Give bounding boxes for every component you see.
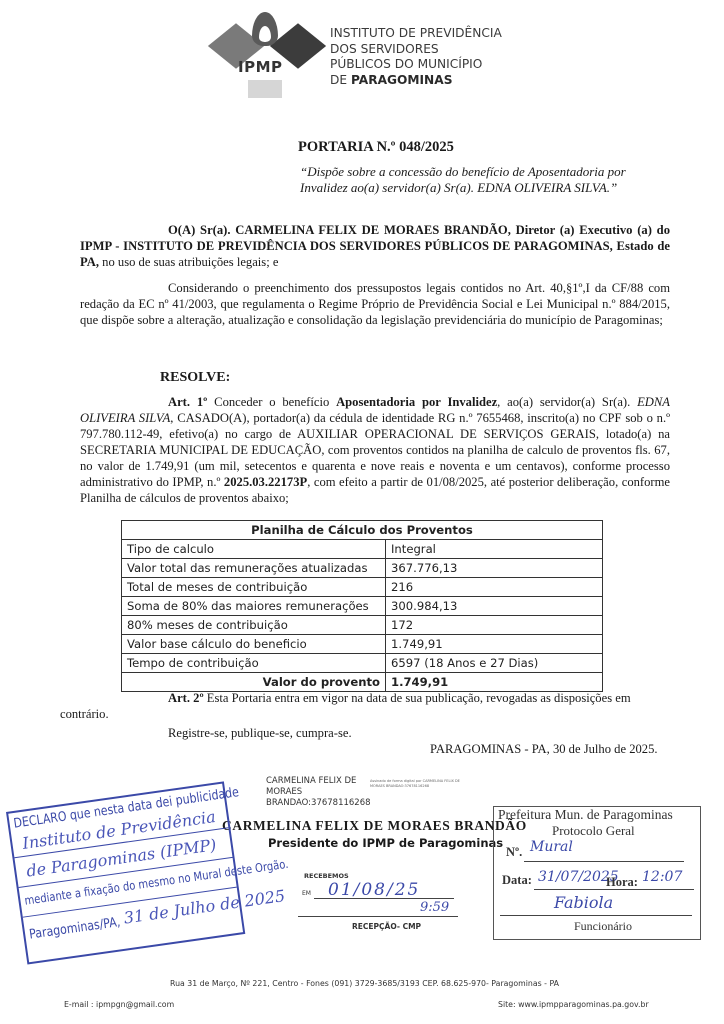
ipmp-logo: IPMP xyxy=(210,10,320,98)
director-paragraph: O(A) Sr(a). CARMELINA FELIX DE MORAES BR… xyxy=(80,222,670,270)
footer-site: Site: www.ipmpparagominas.pa.gov.br xyxy=(498,1000,649,1009)
protocol-stamp: Prefeitura Mun. de Paragominas Protocolo… xyxy=(493,806,701,940)
table-row: Valor total das remunerações atualizadas… xyxy=(122,559,603,578)
resolve-heading: RESOLVE: xyxy=(160,370,230,386)
digital-signature: CARMELINA FELIX DE MORAES BRANDAO:376781… xyxy=(266,776,371,809)
publication-stamp: DECLARO que nesta data dei publicidade I… xyxy=(6,781,245,964)
footer-address: Rua 31 de Março, Nº 221, Centro - Fones … xyxy=(170,979,559,988)
registre-line: Registre-se, publique-se, cumpra-se. xyxy=(168,726,352,741)
signer-role: Presidente do IPMP de Paragominas xyxy=(268,836,503,850)
signer-name: CARMELINA FELIX DE MORAES BRANDÃO xyxy=(222,818,527,834)
calculation-table: Planilha de Cálculo dos Proventos Tipo d… xyxy=(121,520,603,692)
institution-name: INSTITUTO DE PREVIDÊNCIA DOS SERVIDORES … xyxy=(330,26,502,88)
table-title: Planilha de Cálculo dos Proventos xyxy=(122,521,603,540)
receipt-stamp: RECEBEMOS EM 01/08/25 9:59 RECEPÇÃO- CMP xyxy=(298,872,478,934)
table-row: Soma de 80% das maiores remunerações300.… xyxy=(122,597,603,616)
footer-email: E-mail : ipmpgn@gmail.com xyxy=(64,1000,174,1009)
table-row: Total de meses de contribuição216 xyxy=(122,578,603,597)
considering-paragraph: Considerando o preenchimento dos pressup… xyxy=(80,280,670,328)
table-row: Tipo de calculoIntegral xyxy=(122,540,603,559)
article-1: Art. 1º Conceder o benefício Aposentador… xyxy=(80,394,670,506)
document-subtitle: “Dispõe sobre a concessão do benefício d… xyxy=(300,164,670,196)
table-total-row: Valor do provento 1.749,91 xyxy=(122,673,603,692)
place-date: PARAGOMINAS - PA, 30 de Julho de 2025. xyxy=(430,742,658,757)
logo-text: IPMP xyxy=(238,58,283,76)
table-row: Valor base cálculo do beneficio1.749,91 xyxy=(122,635,603,654)
digital-signature-note: Assinado de forma digital por CARMELINA … xyxy=(370,779,470,797)
table-row: 80% meses de contribuição172 xyxy=(122,616,603,635)
document-title: PORTARIA N.º 048/2025 xyxy=(298,139,454,156)
table-row: Tempo de contribuição6597 (18 Anos e 27 … xyxy=(122,654,603,673)
article-2: Art. 2º Esta Portaria entra em vigor na … xyxy=(60,690,670,722)
